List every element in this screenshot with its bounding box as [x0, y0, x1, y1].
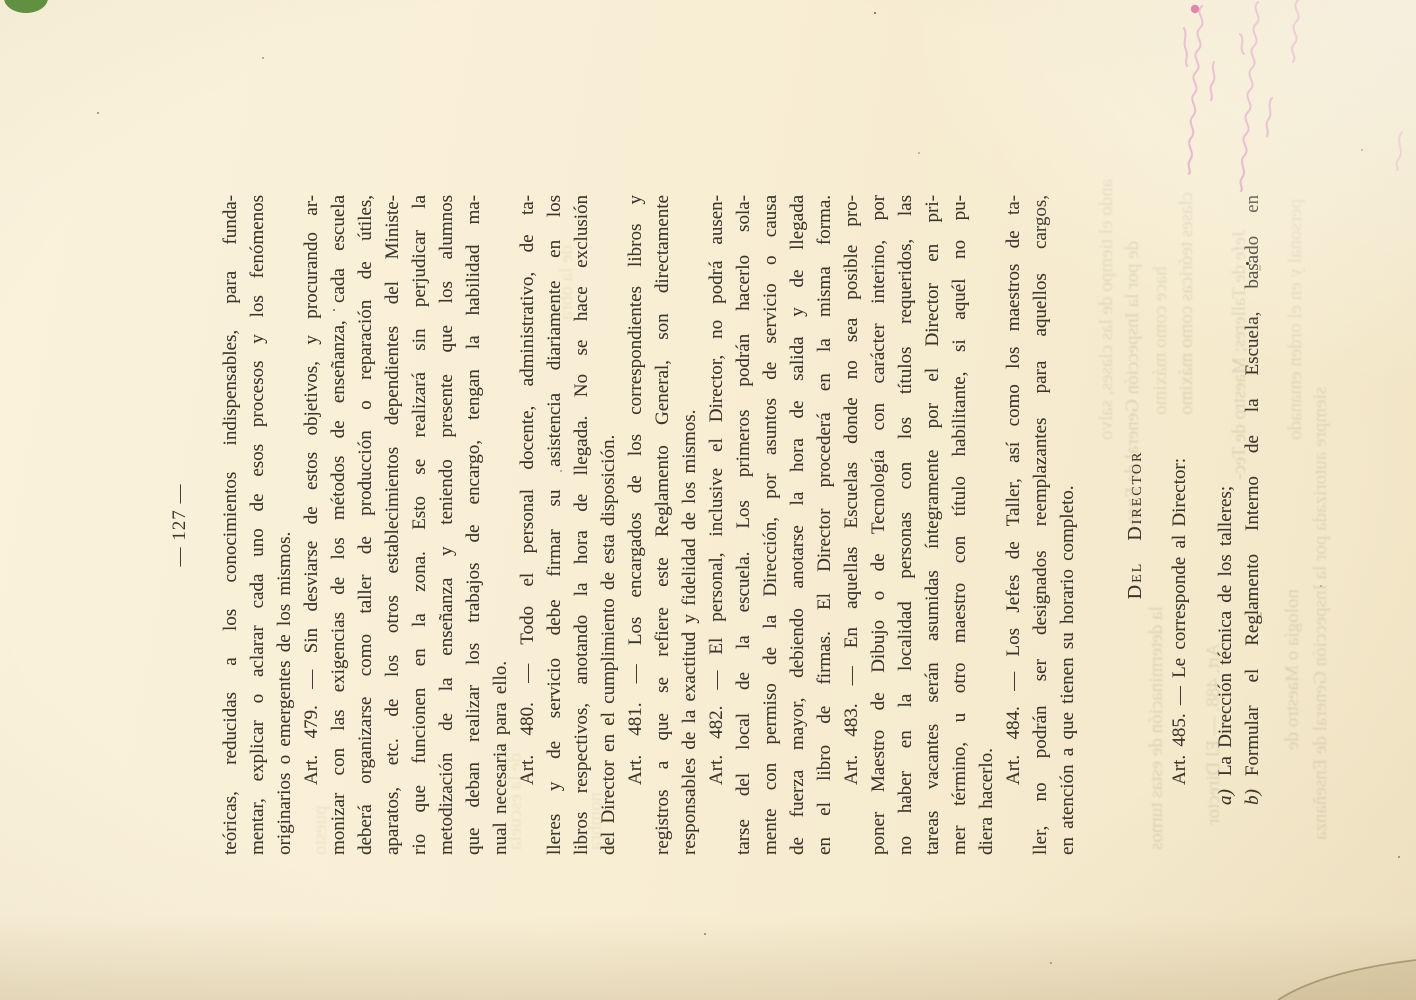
text-line: lleres y de servicio debe firmar su asis…: [541, 195, 568, 855]
text-line: registros a que se refiere este Reglamen…: [649, 195, 676, 855]
text-line: poner Maestro de Dibujo o de Tecnología …: [865, 195, 892, 855]
article-485-line: Art. 485. — Le corresponde al Director:: [1166, 195, 1193, 855]
text-line: Art. 481. — Los encargados de los corres…: [622, 195, 649, 855]
text-line: originarios o emergentes de los mismos.: [271, 195, 298, 855]
text-line: aparatos, etc. de los otros establecimie…: [379, 195, 406, 855]
rotated-page: — 127 — teóricas, reducidas a los conoci…: [0, 0, 1416, 1000]
section-heading: Del Director: [1122, 195, 1149, 855]
text-line: responsables de la exactitud y fidelidad…: [676, 195, 703, 855]
text-line: mer término, u otro maestro con título h…: [946, 195, 973, 855]
text-line: nual necesaria para ello.: [487, 195, 514, 855]
text-line: tarse del local de la escuela. Los prime…: [730, 195, 757, 855]
text-line: diera hacerlo.: [973, 195, 1000, 855]
text-line: que deban realizar los trabajos de encar…: [460, 195, 487, 855]
paragraph-lines: teóricas, reducidas a los conocimientos …: [217, 195, 1081, 855]
text-line: no haber en la localidad personas con lo…: [892, 195, 919, 855]
text-line: monizar con las exigencias de los método…: [325, 195, 352, 855]
text-line: rio que funcionen en la zona. Esto se re…: [406, 195, 433, 855]
text-line: Art. 484. — Los Jefes de Taller, así com…: [1000, 195, 1027, 855]
text-line: libros respectivos, anotando la hora de …: [568, 195, 595, 855]
show-through-text: personal y en el orden emanado: [1285, 199, 1307, 440]
list-items: a)La Dirección técnica de los talleres;b…: [1212, 195, 1266, 855]
text-line: tareas vacantes serán asumidas íntegrame…: [919, 195, 946, 855]
list-item: b)Formular el Reglamento Interno de la E…: [1239, 195, 1266, 855]
text-line: mentar, explicar o aclarar cada uno de e…: [244, 195, 271, 855]
list-item-marker: a): [1215, 789, 1236, 805]
book-page-scan: — 127 — teóricas, reducidas a los conoci…: [0, 0, 1416, 1000]
text-line: Art. 480. — Todo el personal docente, ad…: [514, 195, 541, 855]
show-through-text: nología o Maestro de: [1282, 589, 1304, 750]
body-text: teóricas, reducidas a los conocimientos …: [217, 195, 1266, 855]
text-line: Art. 483. — En aquellas Escuelas donde n…: [838, 195, 865, 855]
text-line: de fuerza mayor, debiendo anotarse la ho…: [784, 195, 811, 855]
text-line: del Director en el cumplimiento de esta …: [595, 195, 622, 855]
text-line: en atención a que tienen su horario comp…: [1054, 195, 1081, 855]
text-line: metodización de la enseñanza y teniendo …: [433, 195, 460, 855]
text-line: ller, no podrán ser designados reemplaza…: [1027, 195, 1054, 855]
list-item-marker: b): [1242, 789, 1263, 805]
text-line: teóricas, reducidas a los conocimientos …: [217, 195, 244, 855]
show-through-text: siempre autorizada por la Inspección Gen…: [1310, 387, 1332, 840]
page-number: — 127 —: [166, 195, 193, 855]
text-line: Art. 482. — El personal, inclusive el Di…: [703, 195, 730, 855]
list-item: a)La Dirección técnica de los talleres;: [1212, 195, 1239, 855]
text-line: en el libro de firmas. El Director proce…: [811, 195, 838, 855]
text-line: deberá organizarse como taller de produc…: [352, 195, 379, 855]
text-line: mente con permiso de la Dirección, por a…: [757, 195, 784, 855]
text-line: Art. 479. — Sin desviarse de estos objet…: [298, 195, 325, 855]
